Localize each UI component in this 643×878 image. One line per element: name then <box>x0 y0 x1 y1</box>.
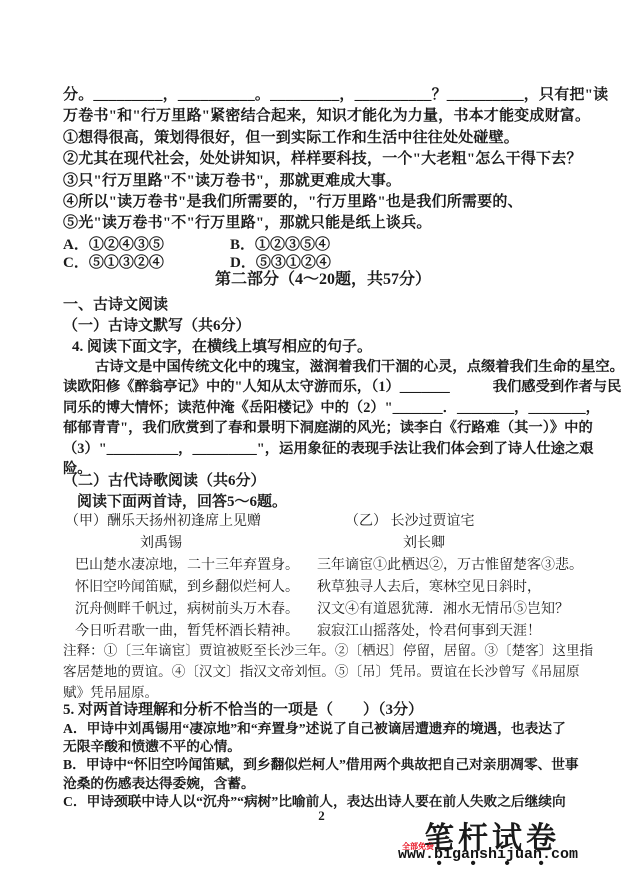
poem-yi-line-2: 秋草独寻人去后，寒林空见日斜时， <box>317 577 583 599</box>
poem-notes: 注释：①〔三年谪宦〕贾谊被贬至长沙三年。②〔栖迟〕停留，居留。③〔楚客〕这里指 … <box>63 640 583 703</box>
poem-yi-line-1: 三年谪宦①此栖迟②，万古惟留楚客③悲。 <box>317 555 583 577</box>
poem-yi-line-3: 汉文④有道恩犹薄．湘水无情吊⑤岂知？ <box>317 599 583 621</box>
q4-line-3: 同乐的博大情怀；读范仲淹《岳阳楼记》中的（2）"_______．________… <box>63 398 583 418</box>
option-row-1: A．①②④③⑤ B．①②③⑤④ <box>63 236 583 255</box>
question5-stem: 5. 对两首诗理解和分析不恰当的一项是（ ）（3分） <box>63 700 583 720</box>
subsection2-title: （二）古代诗歌阅读（共6分） <box>63 471 583 492</box>
poem-yi-author: 刘长卿 <box>403 533 583 555</box>
exam-page: 分。_________，__________。_________，_______… <box>0 0 643 878</box>
poem-yi-title: （乙） 长沙过贾谊宅 <box>345 511 583 533</box>
watermark-url: www.biganshijuan.com <box>398 846 578 863</box>
poem-jia-line-2: 怀旧空吟闻笛赋，到乡翻似烂柯人。 <box>75 577 317 599</box>
poem-yi: （乙） 长沙过贾谊宅 刘长卿 三年谪宦①此栖迟②，万古惟留楚客③悲。 秋草独寻人… <box>317 511 583 643</box>
section-title: 一、古诗文阅读 <box>63 295 583 316</box>
q4-line-2: 读欧阳修《醉翁亭记》中的"人知从太守游而乐，（1）_______ 我们感受到作者… <box>63 377 583 397</box>
question4-paragraph: 古诗文是中国传统文化中的瑰宝，滋润着我们干涸的心灵，点缀着我们生命的星空。 读欧… <box>63 357 583 479</box>
subsection1-title: （一）古诗文默写（共6分） <box>63 316 583 337</box>
sentence-3: ③只"行万里路"不"读万卷书"，那就更难成大事。 <box>63 171 583 192</box>
q5-option-b-line-2: 沧桑的伤感表达得委婉，含蓄。 <box>63 775 583 793</box>
poems-block: （甲）酬乐天扬州初逢席上见赠 刘禹锡 巴山楚水凄凉地，二十三年弃置身。 怀旧空吟… <box>63 511 583 643</box>
q5-option-b-line-1: B．甲诗中“怀旧空吟闻笛赋，到乡翻似烂柯人”借用两个典故把自己对亲朋凋零、世事 <box>63 756 583 774</box>
subsection2-intro: 阅读下面两首诗，回答5～6题。 <box>63 492 583 513</box>
section-one-headings: 一、古诗文阅读 （一）古诗文默写（共6分） 4. 阅读下面文字，在横线上填写相应… <box>63 295 583 357</box>
subsection2-headings: （二）古代诗歌阅读（共6分） 阅读下面两首诗，回答5～6题。 <box>63 471 583 513</box>
poem-jia-title: （甲）酬乐天扬州初逢席上见赠 <box>65 511 317 533</box>
sentence-2: ②尤其在现代社会，处处讲知识，样样要科技，一个"大老粗"怎么干得下去？ <box>63 149 583 170</box>
poem-jia-line-1: 巴山楚水凄凉地，二十三年弃置身。 <box>75 555 317 577</box>
q4-line-5: （3）"__________，_________"，运用象征的表现手法让我们体会… <box>63 439 583 459</box>
q4-line-1: 古诗文是中国传统文化中的瑰宝，滋润着我们干涸的心灵，点缀着我们生命的星空。 <box>63 357 583 377</box>
sentence-1: ①想得很高，策划得很好，但一到实际工作和生活中往往处处碰壁。 <box>63 128 583 149</box>
note-line-2: 客居楚地的贾谊。④〔汉文〕指汉文帝刘恒。⑤〔吊〕凭吊。贾谊在长沙曾写《吊屈原 <box>63 661 583 682</box>
note-line-1: 注释：①〔三年谪宦〕贾谊被贬至长沙三年。②〔栖迟〕停留，居留。③〔楚客〕这里指 <box>63 640 583 661</box>
fill-blanks-line-1: 分。_________，__________。_________，_______… <box>63 85 583 106</box>
q4-line-4: 郁郁青青"，我们欣赏到了春和景明下洞庭湖的风光；读李白《行路难（其一）》中的 <box>63 418 583 438</box>
sentence-4: ④所以"读万卷书"是我们所需要的，"行万里路"也是我们所需要的、 <box>63 192 583 213</box>
question3-block: 分。_________，__________。_________，_______… <box>63 85 583 273</box>
option-a: A．①②④③⑤ <box>63 236 230 255</box>
option-b: B．①②③⑤④ <box>230 236 330 255</box>
poem-jia-author: 刘禹锡 <box>140 533 317 555</box>
poem-jia-line-3: 沉舟侧畔千帆过，病树前头万木春。 <box>75 599 317 621</box>
question5-block: 5. 对两首诗理解和分析不恰当的一项是（ ）（3分） A．甲诗中刘禹锡用“凄凉地… <box>63 700 583 811</box>
watermark-brand: 笔杆试卷 <box>424 813 560 872</box>
q5-option-a-line-1: A．甲诗中刘禹锡用“凄凉地”和“弃置身”述说了自己被谪居遭遗弃的境遇，也表达了 <box>63 720 583 738</box>
q5-option-a-line-2: 无限辛酸和愤懑不平的心情。 <box>63 738 583 756</box>
poem-jia: （甲）酬乐天扬州初逢席上见赠 刘禹锡 巴山楚水凄凉地，二十三年弃置身。 怀旧空吟… <box>63 511 317 643</box>
fill-blanks-line-2: 万卷书"和"行万里路"紧密结合起来，知识才能化为力量，书本才能变成财富。 <box>63 106 583 127</box>
question4-stem: 4. 阅读下面文字，在横线上填写相应的句子。 <box>63 337 583 358</box>
part2-heading: 第二部分（4～20题，共57分） <box>63 267 583 293</box>
sentence-5: ⑤光"读万卷书"不"行万里路"，那就只能是纸上谈兵。 <box>63 213 583 234</box>
